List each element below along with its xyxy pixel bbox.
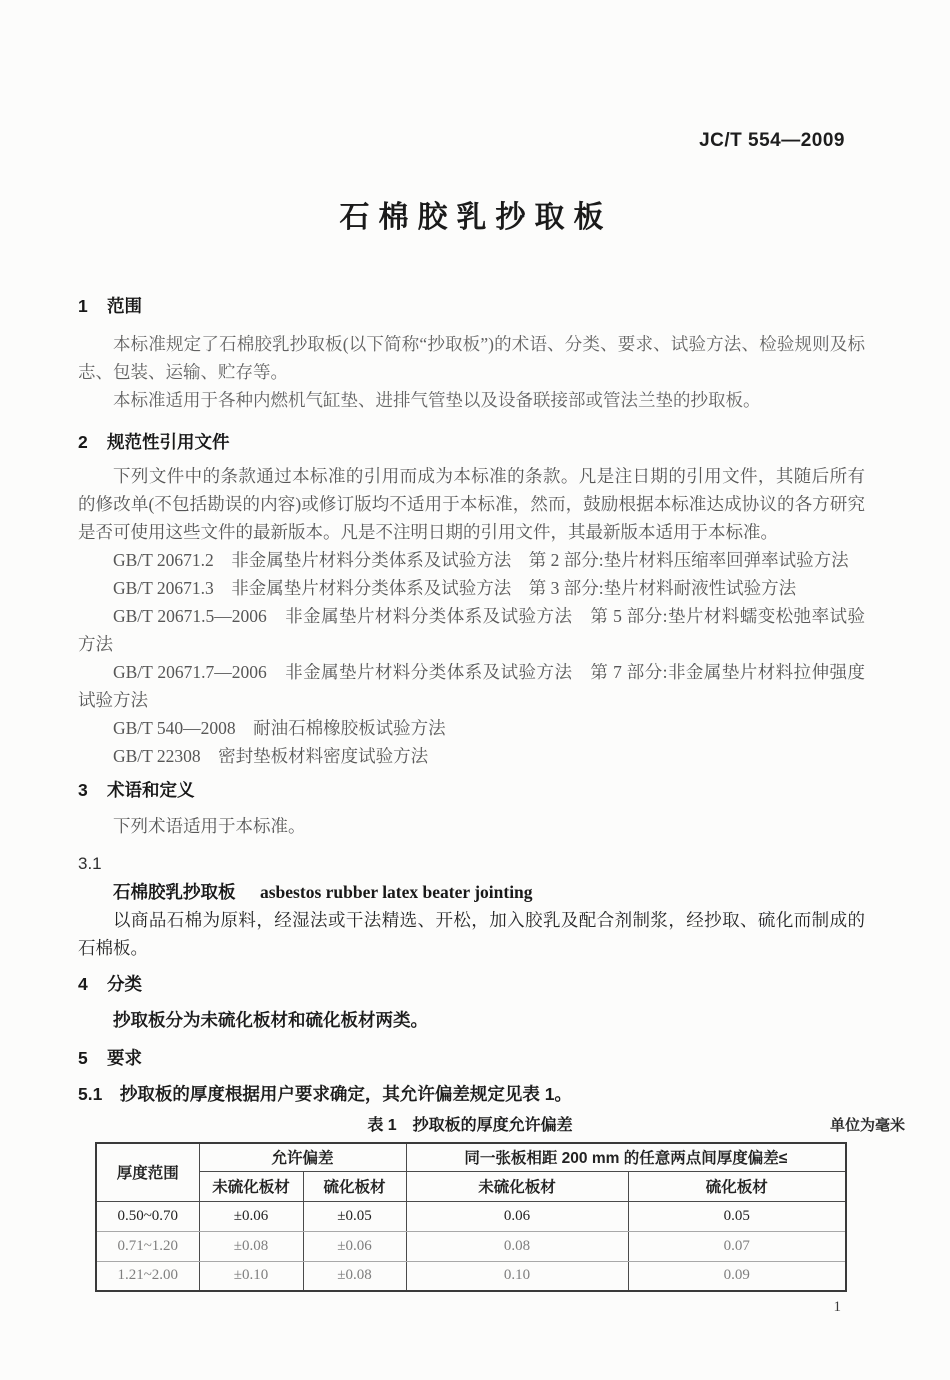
cell-dev-unvulc: 0.10: [406, 1261, 628, 1291]
cell-dev-vulc: 0.05: [628, 1201, 846, 1231]
table-row: 0.71~1.20 ±0.08 ±0.06 0.08 0.07: [96, 1231, 846, 1261]
reference-item: GB/T 22308 密封垫板材料密度试验方法: [78, 742, 865, 770]
table-row: 0.50~0.70 ±0.06 ±0.05 0.06 0.05: [96, 1201, 846, 1231]
table-caption: 表 1抄取板的厚度允许偏差: [367, 1117, 572, 1134]
section-4-heading: 4分类: [78, 972, 865, 996]
section-2-number: 2: [78, 432, 88, 452]
table-unit-note: 单位为毫米: [830, 1114, 905, 1138]
cell-range: 0.50~0.70: [96, 1201, 199, 1231]
col-group-two-point-deviation: 同一张板相距 200 mm 的任意两点间厚度偏差≤: [406, 1143, 846, 1171]
section-5-heading: 5要求: [78, 1046, 865, 1070]
section-4-title: 分类: [107, 974, 142, 994]
section-2-title: 规范性引用文件: [107, 432, 230, 452]
page-number: 1: [78, 1298, 865, 1316]
table-caption-label: 表 1: [367, 1117, 396, 1134]
cell-tol-unvulc: ±0.08: [199, 1231, 303, 1261]
normative-references-intro: 下列文件中的条款通过本标准的引用而成为本标准的条款。凡是注日期的引用文件，其随后…: [78, 462, 865, 546]
cell-dev-vulc: 0.07: [628, 1231, 846, 1261]
thickness-tolerance-table: 厚度范围 允许偏差 同一张板相距 200 mm 的任意两点间厚度偏差≤ 未硫化板…: [95, 1142, 847, 1292]
term-3-1-definition: 以商品石棉为原料，经湿法或干法精选、开松，加入胶乳及配合剂制浆，经抄取、硫化而制…: [78, 906, 865, 962]
cell-tol-vulc: ±0.05: [303, 1201, 406, 1231]
cell-dev-unvulc: 0.06: [406, 1201, 628, 1231]
col-header-thickness-range: 厚度范围: [96, 1143, 199, 1201]
term-3-1-zh: 石棉胶乳抄取板: [113, 882, 236, 902]
terms-intro: 下列术语适用于本标准。: [78, 812, 865, 840]
cell-range: 0.71~1.20: [96, 1231, 199, 1261]
section-1-number: 1: [78, 296, 88, 316]
document-page: JC/T 554—2009 石棉胶乳抄取板 1范围 本标准规定了石棉胶乳抄取板(…: [0, 0, 950, 1380]
term-3-1-en: asbestos rubber latex beater jointing: [260, 882, 533, 902]
col-header-dev-vulcanized: 硫化板材: [628, 1171, 846, 1201]
scope-paragraph-2: 本标准适用于各种内燃机气缸垫、进排气管垫以及设备联接部或管法兰垫的抄取板。: [78, 386, 865, 414]
section-5-number: 5: [78, 1048, 88, 1068]
cell-range: 1.21~2.00: [96, 1261, 199, 1291]
clause-5-1-text: 抄取板的厚度根据用户要求确定，其允许偏差规定见表 1。: [120, 1084, 572, 1104]
section-3-number: 3: [78, 780, 88, 800]
clause-5-1: 5.1抄取板的厚度根据用户要求确定，其允许偏差规定见表 1。: [78, 1080, 865, 1108]
section-2-heading: 2规范性引用文件: [78, 430, 865, 454]
document-title: 石棉胶乳抄取板: [78, 198, 865, 238]
section-3-title: 术语和定义: [107, 780, 195, 800]
section-4-number: 4: [78, 974, 88, 994]
clause-5-1-number: 5.1: [78, 1084, 102, 1104]
section-1-title: 范围: [107, 296, 142, 316]
table-caption-title: 抄取板的厚度允许偏差: [413, 1117, 573, 1134]
reference-item: GB/T 20671.7—2006 非金属垫片材料分类体系及试验方法 第 7 部…: [78, 658, 865, 714]
term-3-1-number: 3.1: [78, 850, 865, 878]
standard-number: JC/T 554—2009: [78, 130, 865, 152]
cell-dev-unvulc: 0.08: [406, 1231, 628, 1261]
cell-tol-unvulc: ±0.06: [199, 1201, 303, 1231]
scope-paragraph-1: 本标准规定了石棉胶乳抄取板(以下简称“抄取板”)的术语、分类、要求、试验方法、检…: [78, 330, 865, 386]
reference-item: GB/T 20671.5—2006 非金属垫片材料分类体系及试验方法 第 5 部…: [78, 602, 865, 658]
col-header-tol-unvulcanized: 未硫化板材: [199, 1171, 303, 1201]
term-3-1-line: 石棉胶乳抄取板asbestos rubber latex beater join…: [78, 878, 865, 906]
section-5-title: 要求: [107, 1048, 142, 1068]
section-3-heading: 3术语和定义: [78, 778, 865, 802]
reference-item: GB/T 540—2008 耐油石棉橡胶板试验方法: [78, 714, 865, 742]
section-1-heading: 1范围: [78, 294, 865, 318]
cell-tol-unvulc: ±0.10: [199, 1261, 303, 1291]
col-header-tol-vulcanized: 硫化板材: [303, 1171, 406, 1201]
reference-item: GB/T 20671.3 非金属垫片材料分类体系及试验方法 第 3 部分:垫片材…: [78, 574, 865, 602]
cell-tol-vulc: ±0.06: [303, 1231, 406, 1261]
col-group-tolerance: 允许偏差: [199, 1143, 406, 1171]
table-caption-row: 表 1抄取板的厚度允许偏差 单位为毫米: [95, 1114, 845, 1138]
classification-paragraph: 抄取板分为未硫化板材和硫化板材两类。: [78, 1006, 865, 1034]
table-header-row-1: 厚度范围 允许偏差 同一张板相距 200 mm 的任意两点间厚度偏差≤: [96, 1143, 846, 1171]
cell-tol-vulc: ±0.08: [303, 1261, 406, 1291]
cell-dev-vulc: 0.09: [628, 1261, 846, 1291]
reference-item: GB/T 20671.2 非金属垫片材料分类体系及试验方法 第 2 部分:垫片材…: [78, 546, 865, 574]
table-header-row-2: 未硫化板材 硫化板材 未硫化板材 硫化板材: [96, 1171, 846, 1201]
table-row: 1.21~2.00 ±0.10 ±0.08 0.10 0.09: [96, 1261, 846, 1291]
col-header-dev-unvulcanized: 未硫化板材: [406, 1171, 628, 1201]
